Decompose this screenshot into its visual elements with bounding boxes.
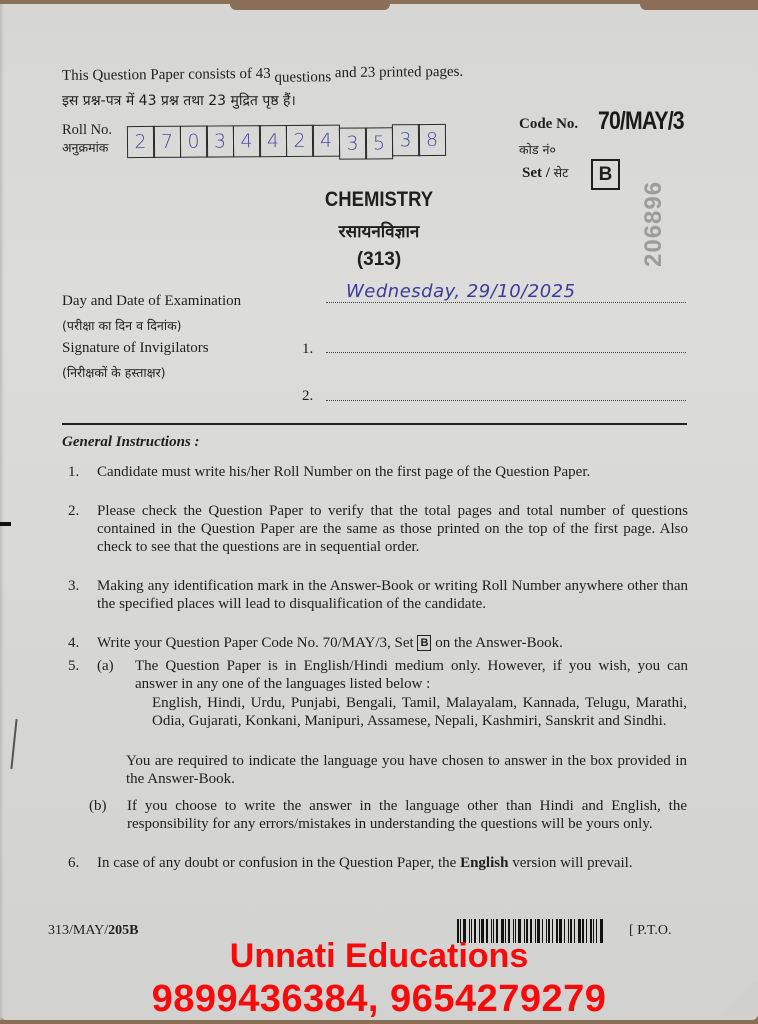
footer-code-prefix: 313/MAY/ xyxy=(48,923,108,938)
language-note-text: You are required to indicate the languag… xyxy=(126,753,687,787)
invigilators-label-hindi: (निरीक्षकों के हस्ताक्षर) xyxy=(62,364,166,381)
sub-instruction-label: (b) xyxy=(89,797,107,815)
instruction-text-part: on the Answer-Book. xyxy=(435,635,563,651)
code-value: 70/MAY/3 xyxy=(598,107,684,136)
subject-code: (313) xyxy=(0,249,758,271)
set-label-hi: सेट xyxy=(554,165,569,180)
instruction-item: 3. Making any identification mark in the… xyxy=(68,577,688,613)
roll-digit-box[interactable]: 2 xyxy=(285,125,313,157)
instruction-text: Please check the Question Paper to verif… xyxy=(97,502,688,556)
instruction-number: 2. xyxy=(68,502,79,520)
instruction-text-part: version will prevail. xyxy=(512,855,632,871)
code-label-hindi: कोड नं० xyxy=(519,141,556,158)
roll-label-hi: अनुक्रमांक xyxy=(62,139,112,157)
sub-instruction-text: The Question Paper is in English/Hindi m… xyxy=(135,657,688,693)
invigilator-1-signature-line[interactable] xyxy=(326,351,686,353)
instruction-text: In case of any doubt or confusion in the… xyxy=(97,854,688,872)
subject-title: CHEMISTRY xyxy=(45,188,712,212)
questions-count-hindi: इस प्रश्न-पत्र में 43 प्रश्न तथा 23 मुद्… xyxy=(62,91,296,110)
instruction-text: Candidate must write his/her Roll Number… xyxy=(97,463,688,481)
exam-date-label-hindi: (परीक्षा का दिन व दिनांक) xyxy=(62,317,182,334)
roll-digit-box[interactable]: 7 xyxy=(153,126,181,158)
instructions-title: General Instructions : xyxy=(62,434,200,451)
instruction-item: 6. In case of any doubt or confusion in … xyxy=(68,854,688,872)
instruction-item: 1. Candidate must write his/her Roll Num… xyxy=(68,463,688,481)
set-label: Set / सेट xyxy=(522,164,568,182)
watermark-brand: Unnati Educations xyxy=(0,937,758,976)
roll-digit-box[interactable]: 3 xyxy=(338,127,366,159)
exam-date-value[interactable]: Wednesday, 29/10/2025 xyxy=(346,281,576,302)
roll-label-en: Roll No. xyxy=(62,121,112,139)
instruction-number: 6. xyxy=(68,854,79,872)
invigilator-2-number: 2. xyxy=(302,388,313,405)
sub-instruction-label: (a) xyxy=(97,657,114,675)
questions-count-line: This Question Paper consists of 43 quest… xyxy=(62,64,463,85)
watermark-phones: 9899436384, 9654279279 xyxy=(0,978,758,1021)
page-tear xyxy=(640,4,758,10)
sub-instruction-a: (a) The Question Paper is in English/Hin… xyxy=(97,657,688,693)
instruction-number: 3. xyxy=(68,577,79,595)
invigilators-label: Signature of Invigilators xyxy=(62,340,209,357)
question-paper-page: This Question Paper consists of 43 quest… xyxy=(0,4,758,1020)
pages-count-text: and 23 printed pages. xyxy=(335,64,463,81)
set-inline-box: B xyxy=(417,635,431,651)
page-tear xyxy=(230,4,390,10)
languages-list: English, Hindi, Urdu, Punjabi, Bengali, … xyxy=(152,694,687,730)
instruction-text: Making any identification mark in the An… xyxy=(97,577,688,613)
invigilator-2-signature-line[interactable] xyxy=(326,399,686,401)
instruction-item: 4. Write your Question Paper Code No. 70… xyxy=(68,634,688,652)
instruction-text-part: Write your Question Paper Code No. 70/MA… xyxy=(97,635,414,651)
instruction-text: Write your Question Paper Code No. 70/MA… xyxy=(97,634,688,652)
roll-digit-box[interactable]: 0 xyxy=(179,126,207,158)
roll-digit-box[interactable]: 2 xyxy=(126,126,154,158)
roll-digit-box[interactable]: 4 xyxy=(259,125,287,157)
instruction-number: 5. xyxy=(68,657,79,675)
code-label: Code No. xyxy=(519,116,578,133)
instruction-text-part: In case of any doubt or confusion in the… xyxy=(97,855,456,871)
roll-digit-box[interactable]: 4 xyxy=(232,125,260,157)
roll-digit-box[interactable]: 3 xyxy=(391,124,419,156)
sub-instruction-text: If you choose to write the answer in the… xyxy=(127,797,687,833)
questions-word: questions xyxy=(274,69,331,86)
instruction-number: 4. xyxy=(68,634,79,652)
binding-mark xyxy=(0,522,11,526)
roll-number-boxes[interactable]: 270344243538 xyxy=(128,124,446,158)
exam-date-label: Day and Date of Examination xyxy=(62,293,241,310)
section-divider xyxy=(62,423,687,425)
footer-code-bold: 205B xyxy=(108,923,138,938)
set-label-en: Set / xyxy=(522,165,554,181)
language-note: You are required to indicate the languag… xyxy=(126,752,687,788)
questions-count-text: This Question Paper consists of 43 xyxy=(62,66,271,84)
subject-title-hindi: रसायनविज्ञान xyxy=(0,219,758,242)
binding-staple xyxy=(10,719,17,769)
instruction-number: 1. xyxy=(68,463,79,481)
instruction-item: 2. Please check the Question Paper to ve… xyxy=(68,502,688,556)
set-value-box: B xyxy=(591,159,620,190)
roll-digit-box[interactable]: 4 xyxy=(312,125,340,157)
sub-instruction-b: (b) If you choose to write the answer in… xyxy=(89,797,687,833)
roll-number-label: Roll No. अनुक्रमांक xyxy=(62,121,112,157)
instruction-bold-word: English xyxy=(460,855,508,871)
roll-digit-box[interactable]: 3 xyxy=(206,125,234,157)
roll-digit-box[interactable]: 5 xyxy=(365,127,393,159)
invigilator-1-number: 1. xyxy=(302,341,313,358)
roll-digit-box[interactable]: 8 xyxy=(418,124,446,156)
